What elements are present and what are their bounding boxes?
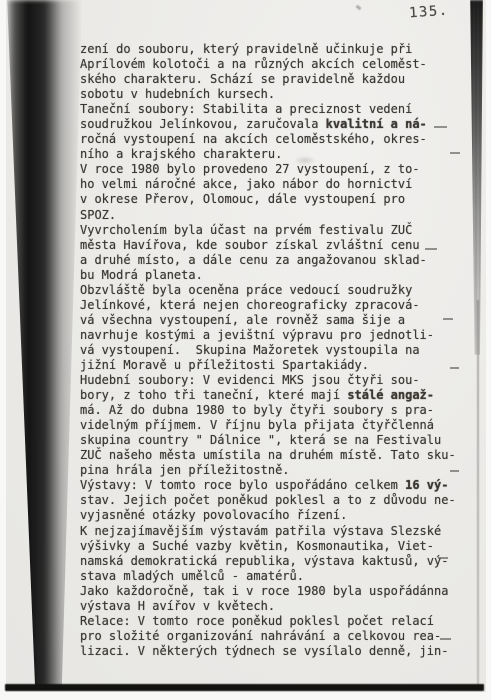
text-line: a druhé místo, a dále cenu za angažovano… (80, 253, 482, 268)
underscore-artifact (443, 318, 453, 320)
text-line: zení do souboru, který pravidelně učinku… (80, 42, 482, 57)
text-line: K nejzajímavějším výstavám patřila výsta… (80, 524, 482, 539)
text-line: vá všechna vystoupení, ale rovněž sama š… (80, 313, 482, 328)
scanned-page: 135. zení do souboru, který pravidelně u… (6, 0, 486, 692)
text-line: pro složité organizování nahrávání a cel… (80, 629, 482, 644)
text-line: výšivky a Suché vazby květin, Kosmonauti… (80, 539, 482, 554)
typewritten-text-block: zení do souboru, který pravidelně učinku… (80, 42, 482, 659)
text-line: ního a krajského charakteru. (80, 147, 482, 162)
text-line: bory, z toho tři taneční, které mají stá… (80, 388, 482, 403)
text-line: sobotu v hudebních kursech. (80, 87, 482, 102)
text-line: Jelínkové, která nejen choreograficky zp… (80, 298, 482, 313)
text-line: navrhuje kostými a jevištní výpravu pro … (80, 328, 482, 343)
underscore-artifact (438, 557, 448, 559)
text-line: vyjasněné otázky povolovacího řízení. (80, 508, 482, 523)
text-line: ského charakteru. Schází se pravidelně k… (80, 72, 482, 87)
underscore-artifact (434, 126, 447, 128)
text-line: stava mladých umělců - amatérů. (80, 569, 482, 584)
text-line: soudružkou Jelínkovou, zaručovala kvalit… (80, 117, 482, 132)
text-line: bu Modrá planeta. (80, 268, 482, 283)
underscore-artifact (450, 367, 459, 369)
underscore-artifact (450, 152, 460, 154)
text-line: Jako každoročně, tak i v roce 1980 byla … (80, 584, 482, 599)
text-line: výstava H avířov v květech. (80, 599, 482, 614)
text-line: má. Až do dubna 1980 to byly čtyři soubo… (80, 403, 482, 418)
text-line: v okrese Přerov, Olomouc, dále vystoupen… (80, 192, 482, 207)
text-line: namská demokratická republika, výstava k… (80, 554, 482, 569)
text-line: města Havířova, kde soubor získal zvlášt… (80, 238, 482, 253)
handwritten-page-number: 135. (408, 3, 449, 22)
text-line: pina hrála jen příležitostně. (80, 463, 482, 478)
text-line: Taneční soubory: Stabilita a preciznost … (80, 102, 482, 117)
text-line: videlným příjmem. V říjnu byla přijata č… (80, 418, 482, 433)
text-line: stav. Jejich počet poněkud poklesl a to … (80, 493, 482, 508)
text-line: vá vystoupení. Skupina Mažoretek vystoup… (80, 343, 482, 358)
text-line: lizaci. V některých týdnech se vysílalo … (80, 644, 482, 659)
text-line: Vyvrcholením byla účast na prvém festiva… (80, 223, 482, 238)
underscore-artifact (425, 248, 437, 250)
text-line: Hudební soubory: V evidenci MKS jsou čty… (80, 373, 482, 388)
text-line: skupina country " Dálnice ", která se na… (80, 433, 482, 448)
underscore-artifact (450, 470, 459, 472)
text-line: Výstavy: V tomto roce bylo uspořádáno ce… (80, 478, 482, 493)
text-line: Relace: V tomto roce poněkud poklesl poč… (80, 614, 482, 629)
text-line: ročná vystoupení na akcích celoměstského… (80, 132, 482, 147)
underscore-artifact (440, 638, 451, 640)
text-line: jižní Moravě u příležitosti Spartakiády. (80, 358, 482, 373)
text-line: ZUČ našeho města umístila na druhém míst… (80, 448, 482, 463)
text-line: Obzvláště byla oceněna práce vedoucí sou… (80, 283, 482, 298)
text-line: SPOZ. (80, 208, 482, 223)
text-line: Aprílovém kolotoči a na různých akcích c… (80, 57, 482, 72)
text-line: V roce 1980 bylo provedeno 27 vystoupení… (80, 162, 482, 177)
text-line: ho velmi náročné akce, jako nábor do hor… (80, 177, 482, 192)
